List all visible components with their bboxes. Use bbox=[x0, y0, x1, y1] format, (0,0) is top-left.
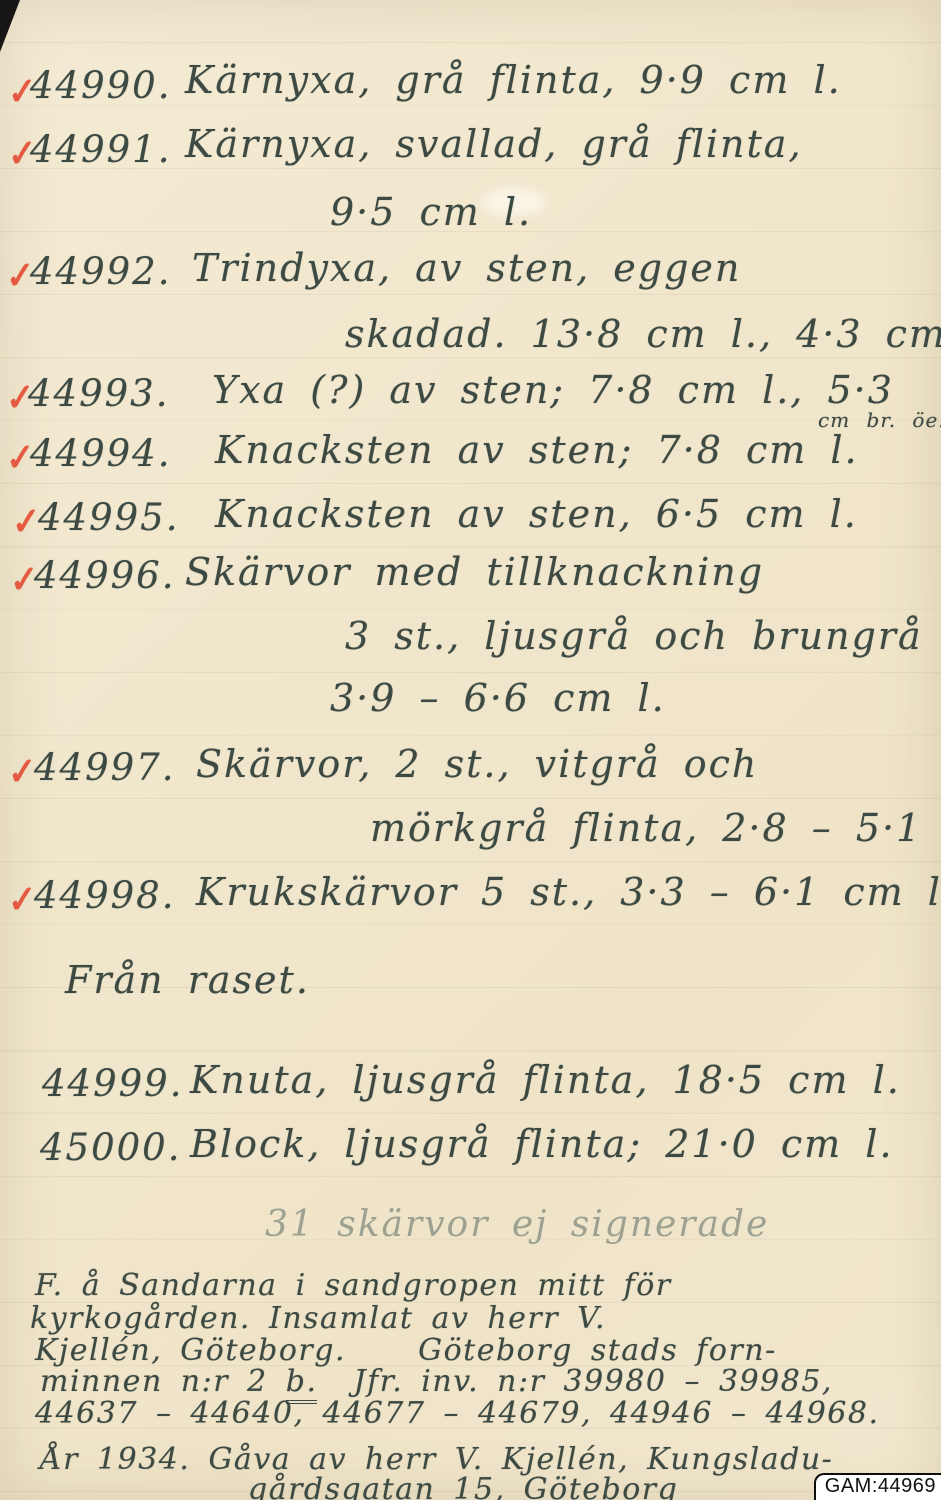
entry-text: skadad. 13·8 cm l., 4·3 cm br. bbox=[345, 312, 941, 356]
entry-text: mörkgrå flinta, 2·8 – 5·1 cm l. bbox=[370, 806, 941, 850]
catalog-page: ✓ 44990. Kärnyxa, grå flinta, 9·9 cm l. … bbox=[0, 0, 941, 1500]
entry-text: Knuta, ljusgrå flinta, 18·5 cm l. bbox=[190, 1058, 901, 1102]
entry-text: Trindyxa, av sten, eggen bbox=[192, 246, 741, 290]
entry-number: 44994. bbox=[30, 432, 171, 475]
entry-number: 44992. bbox=[30, 250, 171, 293]
entry-text: 9·5 cm l. bbox=[330, 190, 532, 234]
entry-text: Knacksten av sten; 7·8 cm l. bbox=[215, 428, 859, 472]
entry-number: 44998. bbox=[34, 874, 175, 917]
provenance-line-post: Jfr. inv. n:r 39980 – 39985, bbox=[317, 1364, 832, 1399]
section-heading: Från raset. bbox=[65, 958, 310, 1002]
pencil-note: 31 skärvor ej signerade bbox=[265, 1204, 769, 1245]
entry-number: 44990. bbox=[30, 64, 171, 107]
entry-number: 44991. bbox=[30, 128, 171, 171]
checkmark-icon: ✓ bbox=[12, 499, 41, 544]
scan-edge-artifact bbox=[0, 0, 20, 52]
checkmark-icon: ✓ bbox=[8, 877, 37, 922]
entry-number: 44997. bbox=[34, 746, 175, 789]
checkmark-icon: ✓ bbox=[8, 749, 37, 794]
entry-text: Krukskärvor 5 st., 3·3 – 6·1 cm l. bbox=[196, 870, 941, 914]
entry-number: 44996. bbox=[34, 554, 175, 597]
entry-number: 44999. bbox=[42, 1062, 183, 1105]
entry-text: Knacksten av sten, 6·5 cm l. bbox=[215, 492, 858, 536]
entry-number: 44995. bbox=[38, 496, 179, 539]
archive-label: GAM:44969 bbox=[814, 1473, 941, 1500]
provenance-line: 44637 – 44640, 44677 – 44679, 44946 – 44… bbox=[35, 1396, 880, 1431]
entry-text: 3·9 – 6·6 cm l. bbox=[330, 676, 666, 720]
provenance-line: minnen n:r 2 b. Jfr. inv. n:r 39980 – 39… bbox=[40, 1364, 833, 1399]
entry-text: Skärvor med tillknackning bbox=[185, 550, 764, 594]
provenance-line-pre: minnen n:r 2 bbox=[40, 1364, 286, 1399]
entry-text: Skärvor, 2 st., vitgrå och bbox=[196, 742, 758, 786]
provenance-line: Kjellén, Göteborg. Göteborg stads forn- bbox=[35, 1333, 777, 1368]
entry-text: Block, ljusgrå flinta; 21·0 cm l. bbox=[190, 1122, 894, 1166]
entry-number: 45000. bbox=[40, 1126, 181, 1169]
entry-number: 44993. bbox=[28, 372, 169, 415]
entry-text: Yxa (?) av sten; 7·8 cm l., 5·3 bbox=[212, 368, 894, 412]
provenance-line: F. å Sandarna i sandgropen mitt för bbox=[35, 1268, 672, 1303]
provenance-line: kyrkogården. Insamlat av herr V. bbox=[30, 1301, 606, 1336]
entry-text: Kärnyxa, svallad, grå flinta, bbox=[185, 122, 803, 166]
provenance-line: gårdsgatan 15, Göteborg bbox=[248, 1472, 678, 1500]
entry-text: Kärnyxa, grå flinta, 9·9 cm l. bbox=[185, 58, 842, 102]
entry-text: 3 st., ljusgrå och brungrå flinta, bbox=[345, 614, 941, 658]
